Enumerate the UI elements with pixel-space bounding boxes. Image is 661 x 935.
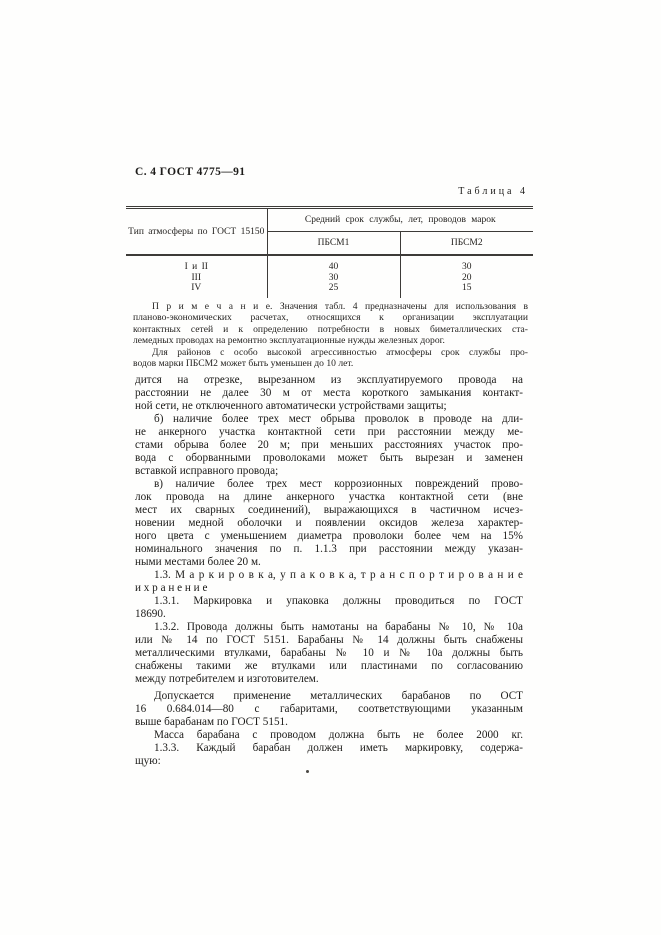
text-line: щую: bbox=[135, 755, 523, 768]
text-line: стами обрыва более 20 м; при меньших рас… bbox=[135, 439, 523, 452]
table-column-pbsm1: ПБСМ1 bbox=[267, 232, 400, 256]
text-line: в) наличие более трех мест коррозионных … bbox=[135, 478, 523, 491]
text-line: снабжены такими же втулками или пластина… bbox=[135, 660, 523, 673]
service-life-table: Тип атмосферы по ГОСТ 15150 Средний срок… bbox=[126, 206, 533, 298]
text-line: ными местами более 20 м. bbox=[135, 556, 523, 569]
text-line: б) наличие более трех мест обрыва провол… bbox=[135, 413, 523, 426]
scan-artifact-dot bbox=[306, 770, 309, 773]
text-line: номинального значения по п. 1.1.3 при ра… bbox=[135, 543, 523, 556]
text-line: расстоянии не далее 30 м от места коротк… bbox=[135, 387, 523, 400]
text-line: контактных сетей и к определению потребн… bbox=[133, 324, 528, 335]
table-note: П р и м е ч а н и е. Значения табл. 4 пр… bbox=[133, 301, 528, 369]
table-row: IV2515 bbox=[126, 283, 533, 298]
table-body: I и II4030III3020IV2515 bbox=[126, 255, 533, 298]
atmosphere-type-cell: I и II bbox=[126, 255, 267, 273]
table-row-header: Тип атмосферы по ГОСТ 15150 bbox=[126, 208, 267, 256]
table-row: I и II4030 bbox=[126, 255, 533, 273]
service-life-value-cell: 40 bbox=[267, 255, 400, 273]
text-line: П р и м е ч а н и е. Значения табл. 4 пр… bbox=[133, 301, 528, 312]
body-text: дится на отрезке, вырезанном из эксплуат… bbox=[135, 374, 523, 768]
text-line: лок провода на длине анкерного участка к… bbox=[135, 491, 523, 504]
text-line: 1.3.1. Маркировка и упаковка должны пров… bbox=[135, 595, 523, 608]
text-line: 1.3. М а р к и р о в к а, у п а к о в к … bbox=[135, 569, 523, 582]
text-line: или № 14 по ГОСТ 5151. Барабаны № 14 дол… bbox=[135, 634, 523, 647]
table-header-row-1: Тип атмосферы по ГОСТ 15150 Средний срок… bbox=[126, 208, 533, 232]
table-span-header: Средний срок службы, лет, проводов марок bbox=[267, 208, 533, 232]
text-line: металлическими втулками, барабаны № 10 и… bbox=[135, 647, 523, 660]
text-line: мест их сварных соединений), выражающихс… bbox=[135, 504, 523, 517]
text-line: 1.3.3. Каждый барабан должен иметь марки… bbox=[135, 742, 523, 755]
atmosphere-type-cell: IV bbox=[126, 283, 267, 298]
text-line: ной сети, не отключенного автоматически … bbox=[135, 400, 523, 413]
text-line: не анкерного участка контактной сети при… bbox=[135, 426, 523, 439]
text-line: Для районов с особо высокой агрессивност… bbox=[133, 347, 528, 358]
text-line: вставкой исправного провода; bbox=[135, 465, 523, 478]
text-line: выше барабанам по ГОСТ 5151. bbox=[135, 716, 523, 729]
service-life-value-cell: 25 bbox=[267, 283, 400, 298]
text-line: новении медной оболочки и появлении окси… bbox=[135, 517, 523, 530]
text-line: между потребителем и изготовителем. bbox=[135, 673, 523, 686]
table-caption: Таблица 4 bbox=[126, 186, 528, 197]
atmosphere-type-cell: III bbox=[126, 273, 267, 284]
text-line: 1.3.2. Провода должны быть намотаны на б… bbox=[135, 621, 523, 634]
document-page: С. 4 ГОСТ 4775—91 Таблица 4 Тип атмосфер… bbox=[0, 0, 661, 935]
text-line: и х р а н е н и е bbox=[135, 582, 523, 595]
table-head: Тип атмосферы по ГОСТ 15150 Средний срок… bbox=[126, 208, 533, 256]
text-line: Допускается применение металлических бар… bbox=[135, 690, 523, 703]
text-line: планово-экономических расчетах, относящи… bbox=[133, 312, 528, 323]
text-line: ного цвета с уменьшением диаметра провол… bbox=[135, 530, 523, 543]
text-line: дится на отрезке, вырезанном из эксплуат… bbox=[135, 374, 523, 387]
text-line: вода с оборванными проволоками может быт… bbox=[135, 452, 523, 465]
text-line: Масса барабана с проводом должна быть не… bbox=[135, 729, 523, 742]
service-life-value-cell: 30 bbox=[400, 255, 533, 273]
service-life-value-cell: 30 bbox=[267, 273, 400, 284]
table-row: III3020 bbox=[126, 273, 533, 284]
service-life-value-cell: 20 bbox=[400, 273, 533, 284]
service-life-value-cell: 15 bbox=[400, 283, 533, 298]
text-line: 16 0.684.014—80 с габаритами, соответств… bbox=[135, 703, 523, 716]
text-line: лемедных проводах на ремонтно эксплуатац… bbox=[133, 335, 528, 346]
page-header: С. 4 ГОСТ 4775—91 bbox=[135, 166, 245, 178]
text-line: 18690. bbox=[135, 608, 523, 621]
table-column-pbsm2: ПБСМ2 bbox=[400, 232, 533, 256]
text-line: водов марки ПБСМ2 может быть уменьшен до… bbox=[133, 358, 528, 369]
